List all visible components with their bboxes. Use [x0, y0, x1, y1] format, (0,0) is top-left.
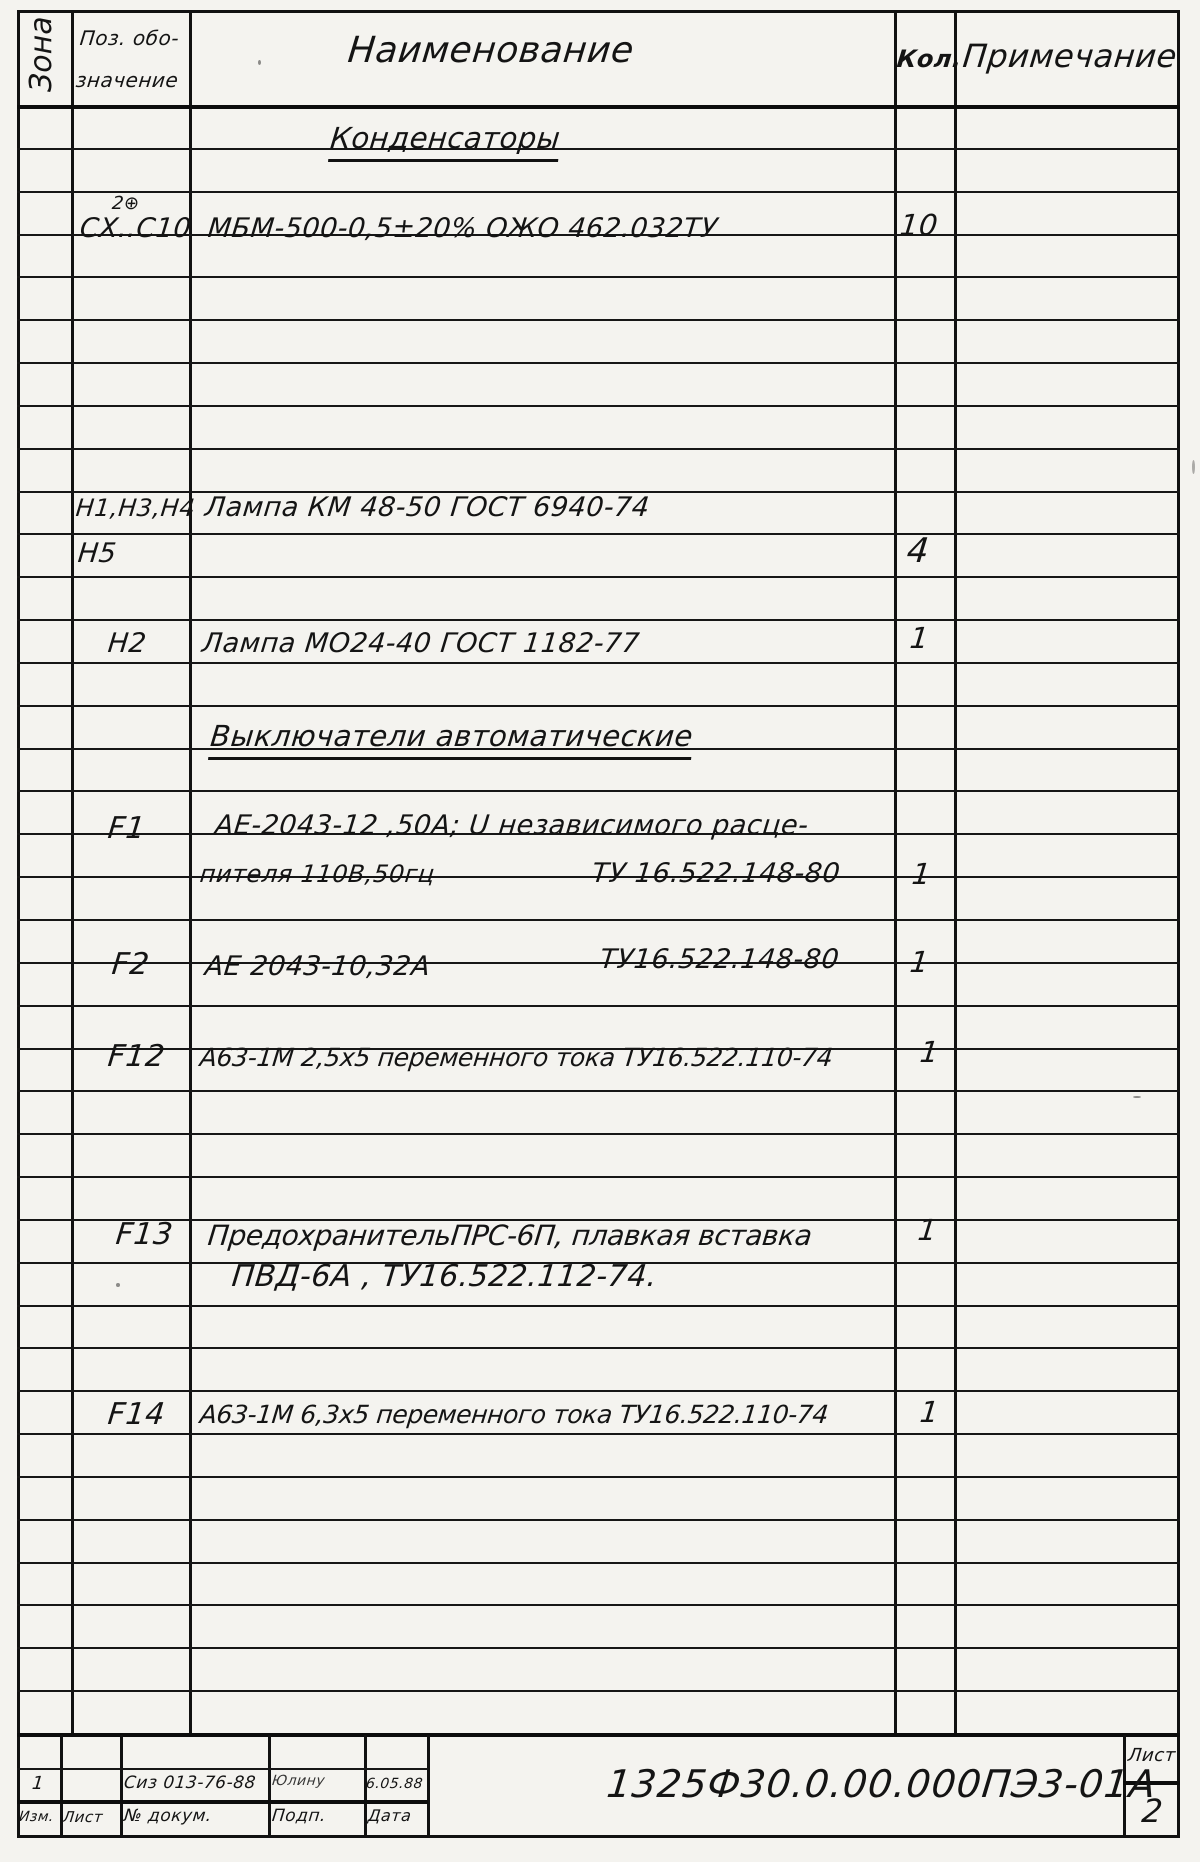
row-qty: 1 [918, 1398, 940, 1427]
row-name-right: ТУ 16.522.148-80 [591, 860, 842, 887]
section-title-capacitors: Конденсаторы [328, 124, 562, 162]
row-line [17, 1604, 1180, 1606]
row-line [17, 1690, 1180, 1692]
row-qty: 1 [910, 860, 932, 889]
tb-doc-no: Сиз 013-76-88 [123, 1775, 257, 1792]
row-position: H5 [77, 540, 118, 567]
scan-speck [1133, 1096, 1141, 1098]
row-line [17, 191, 1180, 193]
row-line [17, 276, 1180, 278]
row-line [17, 619, 1180, 621]
row-line [17, 1562, 1180, 1564]
row-qty: 1 [908, 624, 930, 653]
row-qty: 1 [916, 1216, 938, 1245]
row-name: Лампа КМ 48-50 ГОСТ 6940-74 [204, 494, 651, 521]
header-bottom-border [17, 105, 1180, 109]
tb-signature: Юлину [271, 1774, 326, 1788]
column-divider-name [894, 10, 897, 1733]
row-line [17, 1390, 1180, 1392]
row-line [17, 1347, 1180, 1349]
row-line [17, 362, 1180, 364]
row-line [17, 148, 1180, 150]
tb-row-line-2 [17, 1800, 428, 1804]
drawing-sheet: Зона Поз. обо- значение Наименование Кол… [0, 0, 1200, 1862]
row-line [17, 1176, 1180, 1178]
tb-row-line-1 [17, 1768, 428, 1770]
row-qty: 1 [908, 948, 930, 977]
row-position: F14 [106, 1400, 166, 1430]
section-title-breakers: Выключатели автоматические [208, 722, 695, 760]
row-name-right: ТУ16.522.148-80 [599, 946, 841, 973]
title-block-top-border [17, 1733, 1180, 1737]
scan-speck [1192, 460, 1195, 474]
header-position-line2: значение [75, 70, 180, 90]
row-name: АЕ-2043-12 ,50А; U независимого расце- [214, 812, 810, 839]
row-name: Лампа МО24-40 ГОСТ 1182-77 [201, 630, 641, 657]
row-name-left: пителя 110В,50гц [199, 862, 436, 886]
row-name: А63-1М 2,5х5 переменного тока ТУ16.522.1… [199, 1045, 834, 1070]
row-position: F13 [114, 1220, 174, 1250]
row-line [17, 1647, 1180, 1649]
column-divider-qty [954, 10, 957, 1733]
row-position: H1,H3,H4 [75, 496, 197, 520]
row-line [17, 1005, 1180, 1007]
row-name: ПредохранительПРС-6П, плавкая вставка [207, 1222, 814, 1250]
column-divider-position [189, 10, 192, 1733]
row-line [17, 1476, 1180, 1478]
row-position: CX..C10 [79, 215, 193, 242]
header-note: Примечание [961, 40, 1178, 72]
header-name: Наименование [346, 33, 636, 69]
row-qty: 1 [918, 1038, 940, 1067]
row-position: F2 [110, 950, 150, 980]
sheet-number: 2 [1140, 1795, 1164, 1827]
row-position: H2 [107, 630, 148, 657]
row-name: МБМ-500-0,5±20% ОЖО 462.032ТУ [207, 215, 719, 242]
row-line [17, 1305, 1180, 1307]
row-line [17, 1133, 1180, 1135]
row-line [17, 1090, 1180, 1092]
tb-divider-5 [427, 1735, 430, 1838]
row-line [17, 790, 1180, 792]
header-qty: Кол. [896, 47, 963, 71]
header-zone: Зона [22, 44, 62, 92]
row-line [17, 1433, 1180, 1435]
tb-label-change: Изм. [18, 1810, 54, 1824]
row-position: F1 [106, 814, 146, 844]
column-divider-zone [71, 10, 74, 1733]
row-position: F12 [106, 1042, 166, 1072]
tb-date: 6.05.88 [365, 1777, 423, 1791]
row-qty: 10 [898, 211, 939, 240]
row-name: ПВД-6А , ТУ16.522.112-74. [230, 1262, 658, 1292]
row-line [17, 533, 1180, 535]
row-line [17, 576, 1180, 578]
row-line [17, 705, 1180, 707]
tb-label-date: Дата [367, 1808, 412, 1824]
tb-label-sign: Подп. [271, 1808, 327, 1825]
tb-label-doc: № докум. [123, 1808, 213, 1825]
row-line [17, 662, 1180, 664]
scan-speck [258, 60, 261, 65]
row-qty: 4 [905, 534, 931, 568]
header-position-line1: Поз. обо- [79, 28, 180, 48]
tb-label-sheet: Лист [62, 1810, 104, 1825]
document-designation: 1325Ф30.0.00.000ПЭ3-01А [605, 1765, 1158, 1803]
position-text: CX..C10 [78, 213, 192, 244]
row-line [17, 405, 1180, 407]
row-name: А63-1М 6,3х5 переменного тока ТУ16.522.1… [199, 1402, 830, 1427]
row-line [17, 448, 1180, 450]
scan-speck [116, 1283, 120, 1287]
tb-change-no: 1 [31, 1775, 45, 1793]
row-line [17, 919, 1180, 921]
position-superscript: 2⊕ [111, 195, 140, 213]
row-line [17, 319, 1180, 321]
sheet-label: Лист [1127, 1747, 1177, 1765]
row-line [17, 1519, 1180, 1521]
row-name-left: АЕ 2043-10,32А [204, 953, 432, 980]
